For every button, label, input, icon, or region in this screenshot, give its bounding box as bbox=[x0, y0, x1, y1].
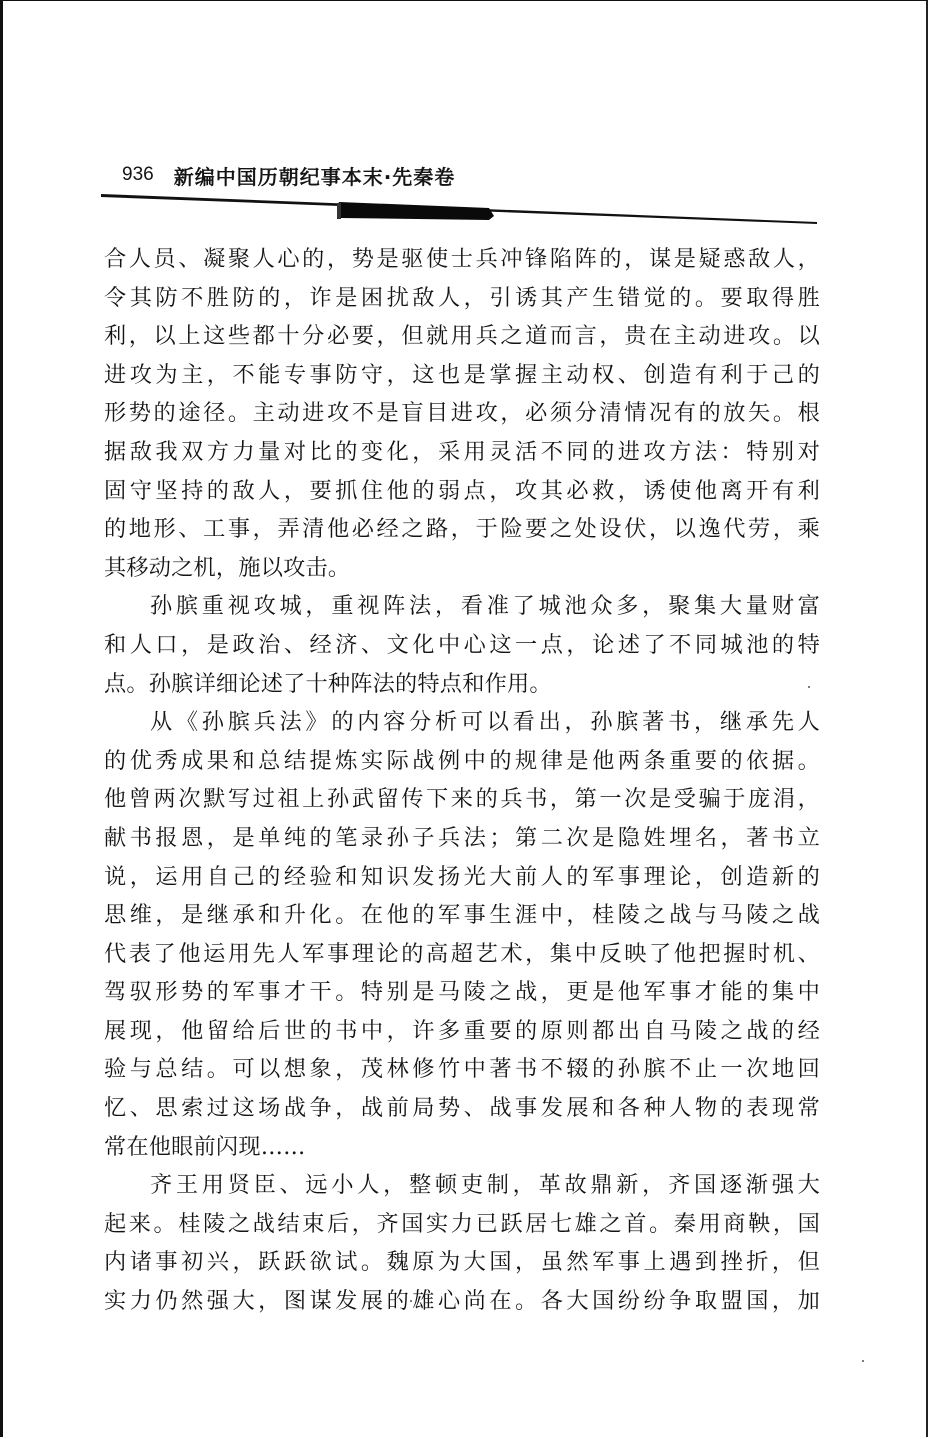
text-line: 忆、思索过这场战争，战前局势、战事发展和各种人物的表现常 bbox=[104, 1089, 820, 1128]
text-line: 合人员、凝聚人心的，势是驱使士兵冲锋陷阵的，谋是疑惑敌人， bbox=[104, 240, 820, 279]
text-line: 他曾两次默写过祖上孙武留传下来的兵书，第一次是受骗于庞涓， bbox=[104, 780, 820, 819]
text-line: 利，以上这些都十分必要，但就用兵之道而言，贵在主动进攻。以 bbox=[104, 317, 820, 356]
scan-speck bbox=[410, 1300, 412, 1302]
text-line: 点。孙膑详细论述了十种阵法的特点和作用。 bbox=[104, 665, 820, 704]
text-line: 的地形、工事，弄清他必经之路，于险要之处设伏，以逸代劳，乘 bbox=[104, 510, 820, 549]
text-line: 进攻为主，不能专事防守，这也是掌握主动权、创造有利于己的 bbox=[104, 356, 820, 395]
scan-speck bbox=[862, 1360, 864, 1362]
text-line: 实力仍然强大，图谋发展的雄心尚在。各大国纷纷争取盟国，加 bbox=[104, 1282, 820, 1321]
paragraph: 孙膑重视攻城，重视阵法，看准了城池众多，聚集大量财富和人口，是政治、经济、文化中… bbox=[104, 587, 820, 703]
text-line: 形势的途径。主动进攻不是盲目进攻，必须分清情况有的放矢。根 bbox=[104, 394, 820, 433]
text-line: 说，运用自己的经验和知识发扬光大前人的军事理论，创造新的 bbox=[104, 858, 820, 897]
text-line: 齐王用贤臣、远小人，整顿吏制，革故鼎新，齐国逐渐强大 bbox=[104, 1166, 820, 1205]
text-line: 验与总结。可以想象，茂林修竹中著书不辍的孙膑不止一次地回 bbox=[104, 1050, 820, 1089]
text-line: 驾驭形势的军事才干。特别是马陵之战，更是他军事才能的集中 bbox=[104, 973, 820, 1012]
text-line: 起来。桂陵之战结束后，齐国实力已跃居七雄之首。秦用商鞅，国 bbox=[104, 1205, 820, 1244]
text-line: 令其防不胜防的，诈是困扰敌人，引诱其产生错觉的。要取得胜 bbox=[104, 279, 820, 318]
text-line: 其移动之机，施以攻击。 bbox=[104, 549, 820, 588]
text-line: 孙膑重视攻城，重视阵法，看准了城池众多，聚集大量财富 bbox=[104, 587, 820, 626]
text-line: 内诸事初兴，跃跃欲试。魏原为大国，虽然军事上遇到挫折，但 bbox=[104, 1243, 820, 1282]
text-line: 据敌我双方力量对比的变化，采用灵活不同的进攻方法：特别对 bbox=[104, 433, 820, 472]
text-line: 献书报恩，是单纯的笔录孙子兵法；第二次是隐姓埋名，著书立 bbox=[104, 819, 820, 858]
header-rule bbox=[101, 194, 817, 234]
paragraph: 合人员、凝聚人心的，势是驱使士兵冲锋陷阵的，谋是疑惑敌人，令其防不胜防的，诈是困… bbox=[104, 240, 820, 587]
running-header: 936 新编中国历朝纪事本末·先秦卷 bbox=[122, 160, 455, 190]
text-line: 从《孙膑兵法》的内容分析可以看出，孙膑著书，继承先人 bbox=[104, 703, 820, 742]
text-line: 固守坚持的敌人，要抓住他的弱点，攻其必救，诱使他离开有利 bbox=[104, 472, 820, 511]
text-line: 代表了他运用先人军事理论的高超艺术，集中反映了他把握时机、 bbox=[104, 935, 820, 974]
paragraph: 齐王用贤臣、远小人，整顿吏制，革故鼎新，齐国逐渐强大起来。桂陵之战结束后，齐国实… bbox=[104, 1166, 820, 1320]
text-line: 展现，他留给后世的书中，许多重要的原则都出自马陵之战的经 bbox=[104, 1012, 820, 1051]
text-line: 和人口，是政治、经济、文化中心这一点，论述了不同城池的特 bbox=[104, 626, 820, 665]
paragraph: 从《孙膑兵法》的内容分析可以看出，孙膑著书，继承先人的优秀成果和总结提炼实际战例… bbox=[104, 703, 820, 1166]
scan-speck bbox=[808, 686, 810, 688]
page-number: 936 bbox=[122, 164, 154, 186]
text-line: 思维，是继承和升化。在他的军事生涯中，桂陵之战与马陵之战 bbox=[104, 896, 820, 935]
book-title: 新编中国历朝纪事本末·先秦卷 bbox=[174, 161, 456, 190]
body-text: 合人员、凝聚人心的，势是驱使士兵冲锋陷阵的，谋是疑惑敌人，令其防不胜防的，诈是困… bbox=[104, 240, 820, 1321]
text-line: 的优秀成果和总结提炼实际战例中的规律是他两条重要的依据。 bbox=[104, 742, 820, 781]
text-line: 常在他眼前闪现…… bbox=[104, 1128, 820, 1167]
